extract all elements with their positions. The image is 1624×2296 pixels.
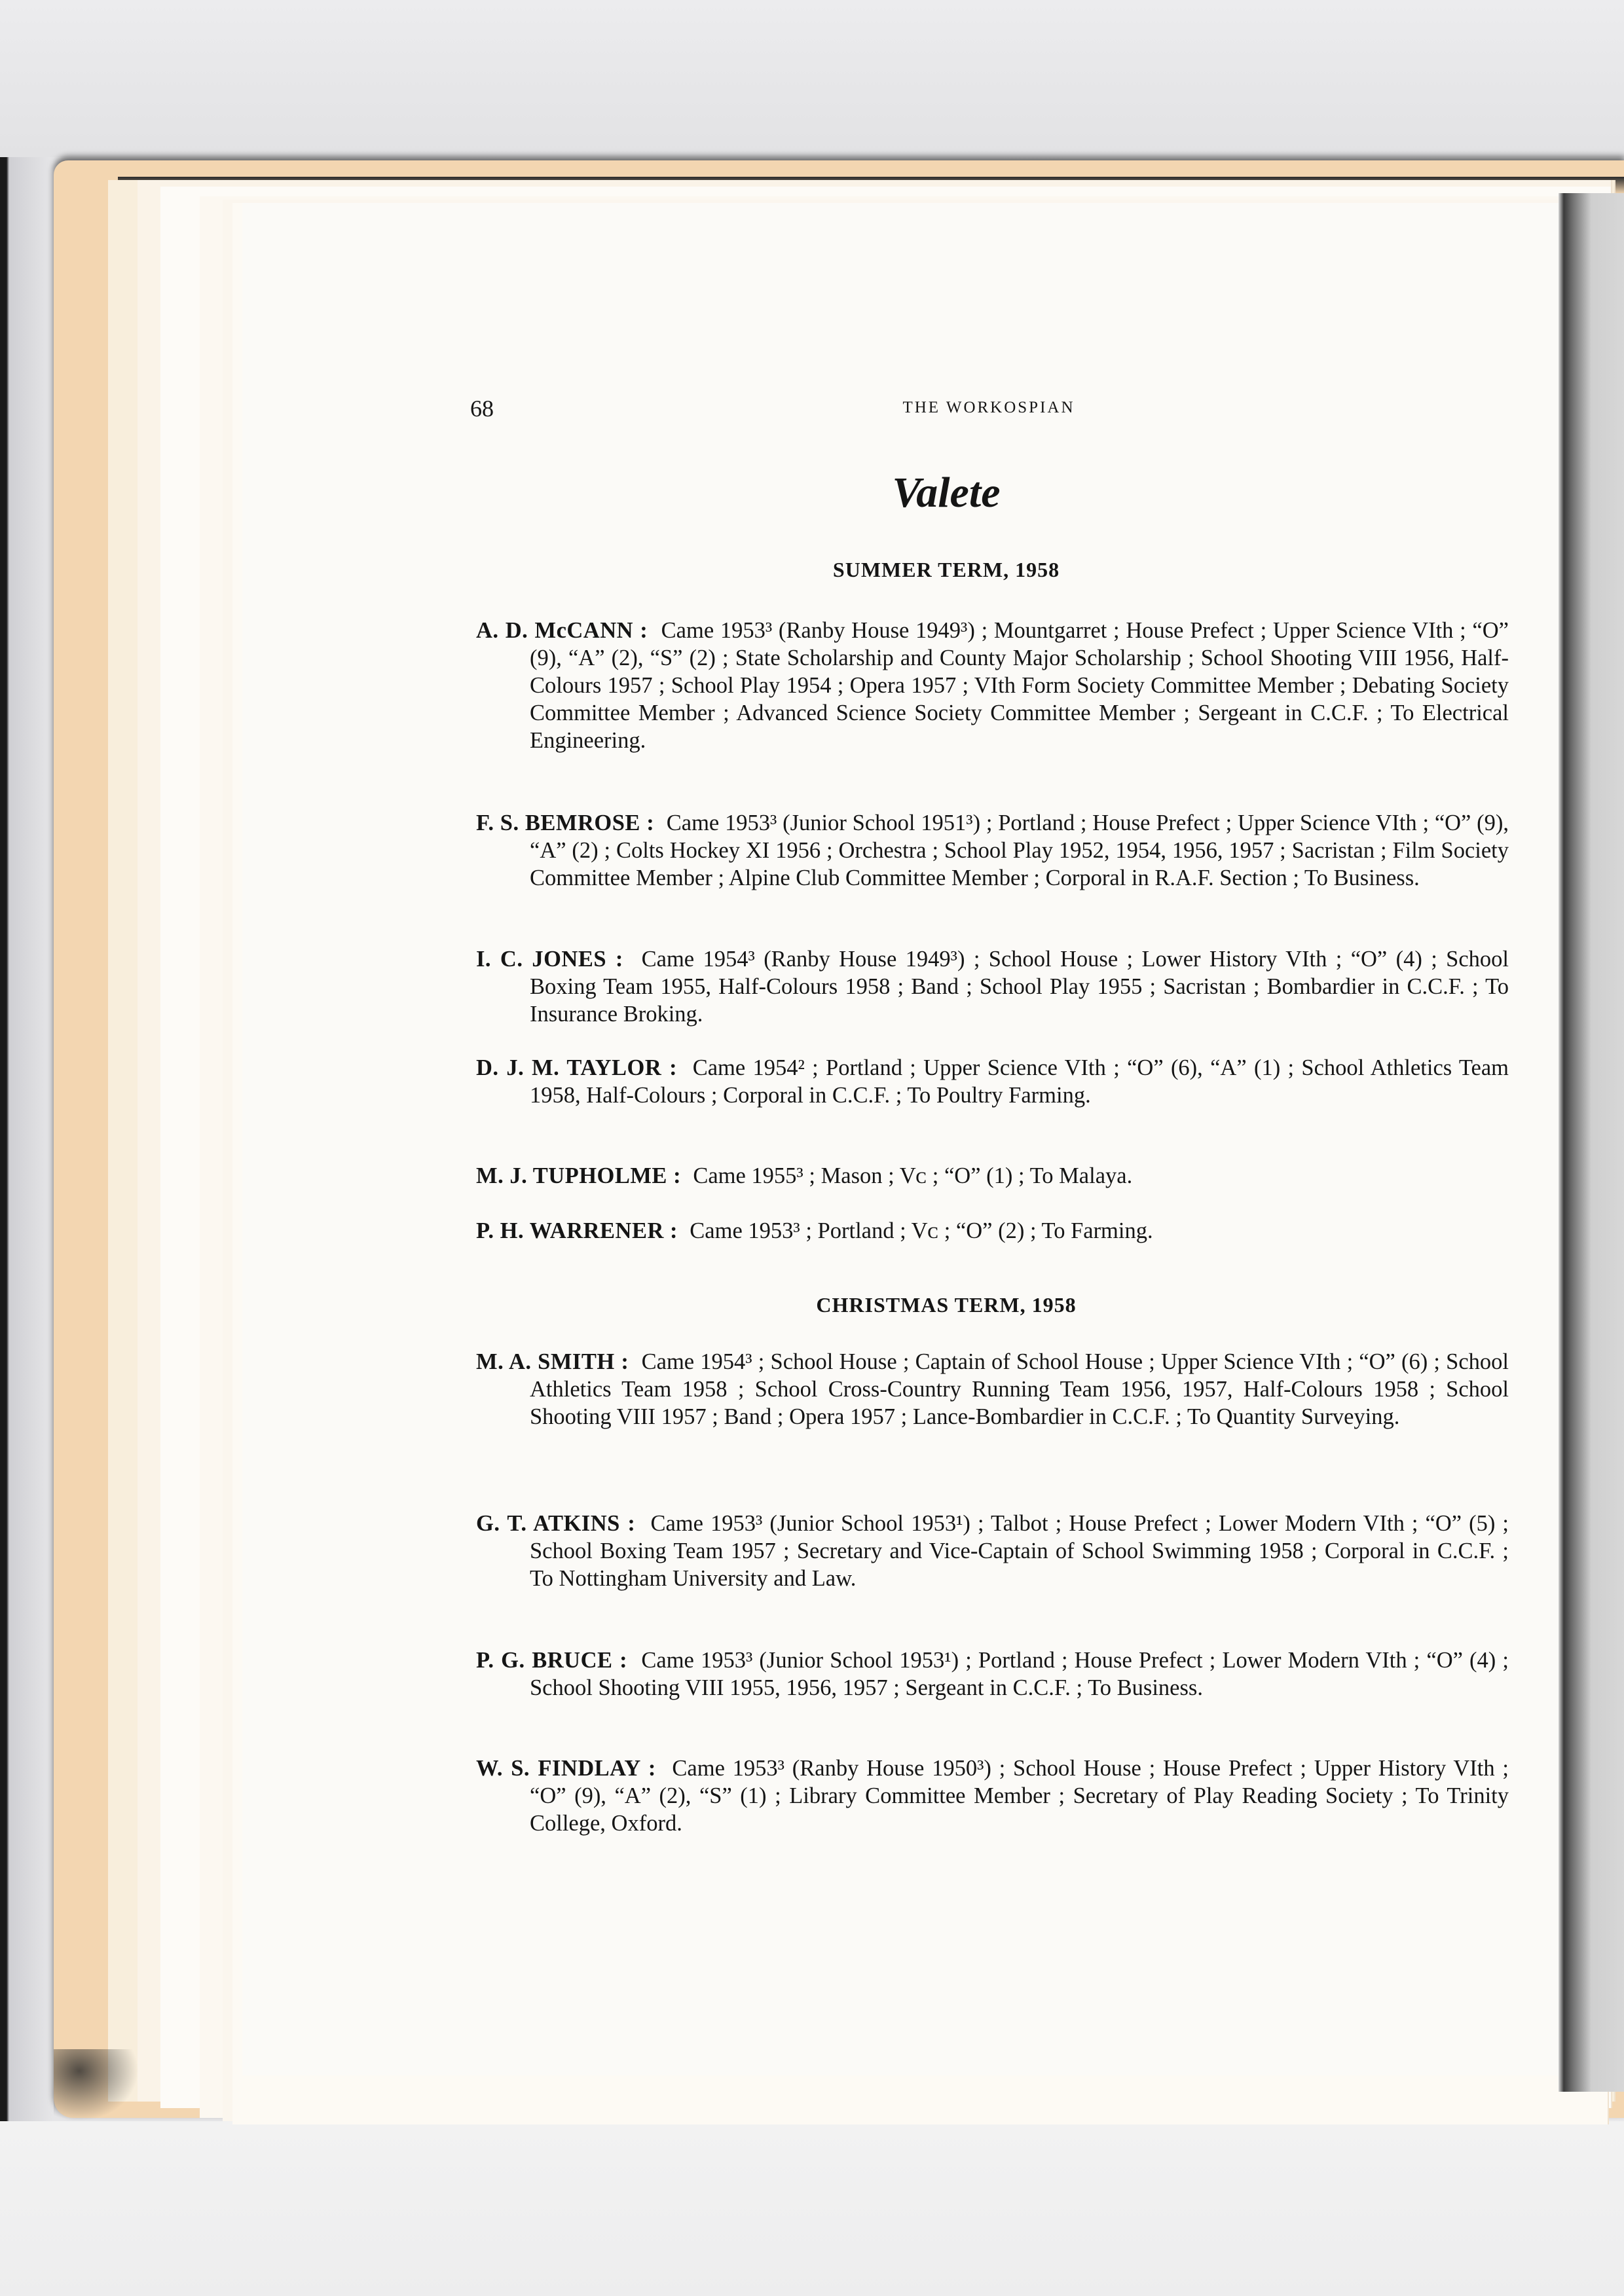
entry-name: I. C. JONES [476,947,642,972]
entry-text: Came 1953³ (Ranby House 1950³) ; School … [530,1756,1509,1836]
entry-text: Came 1955³ ; Mason ; Vᴄ ; “O” (1) ; To M… [693,1163,1132,1188]
entry-text: Came 1953³ (Ranby House 1949³) ; Mountga… [530,618,1509,753]
journal-title: THE WORKOSPIAN [458,399,1519,417]
entry-name: M. A. SMITH [476,1349,642,1374]
entry-text: Came 1953³ (Junior School 1953¹) ; Portl… [530,1648,1509,1700]
entry-name: W. S. FINDLAY [476,1756,672,1781]
entry-text: Came 1953³ (Junior School 1953¹) ; Talbo… [530,1511,1509,1591]
section-heading-summer-term: SUMMER TERM, 1958 [0,558,1624,582]
valete-entry: I. C. JONESCame 1954³ (Ranby House 1949³… [476,945,1509,1028]
valete-entry: D. J. M. TAYLORCame 1954² ; Portland ; U… [476,1054,1509,1109]
entry-text: Came 1954³ ; School House ; Captain of S… [530,1349,1509,1429]
valete-entry: M. J. TUPHOLMECame 1955³ ; Mason ; Vᴄ ; … [476,1162,1509,1190]
valete-entry: M. A. SMITHCame 1954³ ; School House ; C… [476,1348,1509,1430]
valete-entry: F. S. BEMROSECame 1953³ (Junior School 1… [476,809,1509,892]
valete-entry: P. G. BRUCECame 1953³ (Junior School 195… [476,1647,1509,1702]
entry-name: G. T. ATKINS [476,1511,650,1536]
valete-entry: W. S. FINDLAYCame 1953³ (Ranby House 195… [476,1755,1509,1837]
entry-name: F. S. BEMROSE [476,811,667,835]
entry-text: Came 1953³ ; Portland ; Vᴄ ; “O” (2) ; T… [690,1218,1153,1243]
entry-name: A. D. McCANN [476,618,661,643]
running-head: 68 THE WORKOSPIAN [458,395,1519,428]
entry-text: Came 1953³ (Junior School 1951³) ; Portl… [530,811,1509,890]
entry-name: P. H. WARRENER [476,1218,690,1243]
page-title: Valete [0,468,1624,518]
valete-entry: P. H. WARRENERCame 1953³ ; Portland ; Vᴄ… [476,1217,1509,1245]
entry-text: Came 1954³ (Ranby House 1949³) ; School … [530,947,1509,1027]
valete-entry: G. T. ATKINSCame 1953³ (Junior School 19… [476,1510,1509,1592]
entry-name: D. J. M. TAYLOR [476,1055,693,1080]
valete-entry: A. D. McCANNCame 1953³ (Ranby House 1949… [476,617,1509,754]
page-content: 68 THE WORKOSPIAN Valete SUMMER TERM, 19… [0,0,1624,2296]
entry-name: P. G. BRUCE [476,1648,641,1673]
section-heading-christmas-term: CHRISTMAS TERM, 1958 [0,1293,1624,1317]
entry-name: M. J. TUPHOLME [476,1163,693,1188]
